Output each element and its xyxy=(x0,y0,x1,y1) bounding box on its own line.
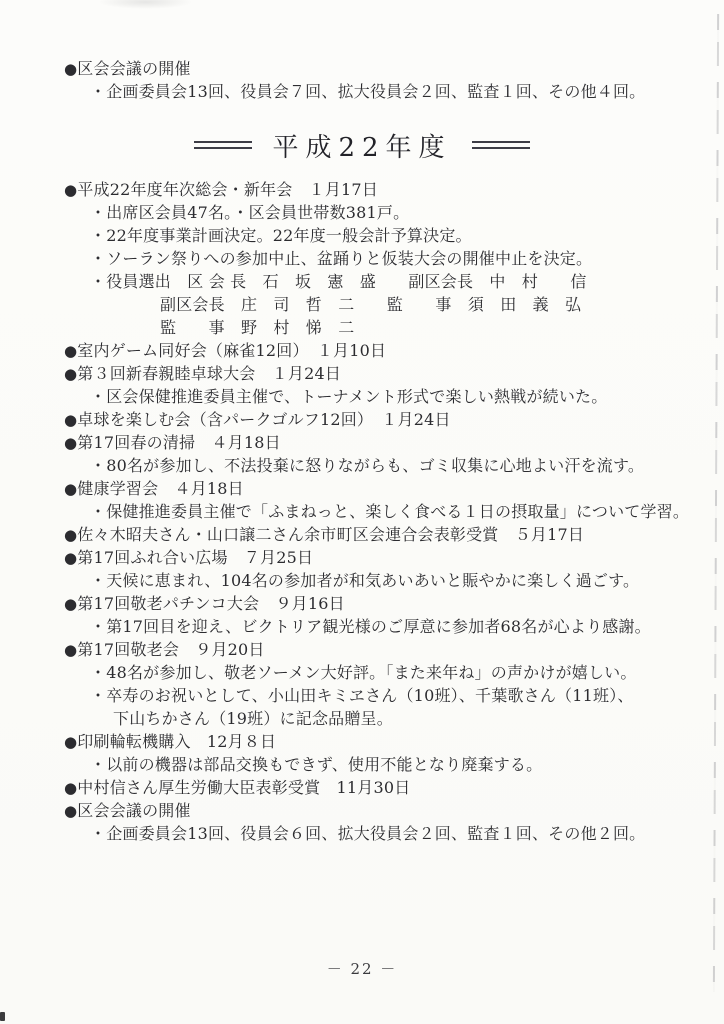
line-text: 第17回敬老パチンコ大会 ９月16日 xyxy=(77,594,345,613)
line-text: 中村信さん厚生労働大臣表彰受賞 11月30日 xyxy=(77,778,410,797)
bullet-icon: ● xyxy=(64,549,77,567)
line-text: 第17回目を迎え、ビクトリア観光様のご厚意に参加者68名が心より感謝。 xyxy=(106,617,651,636)
event-line: ●区会会議の開催 xyxy=(0,57,724,80)
detail-line: ・企画委員会13回、役員会６回、拡大役員会２回、監査１回、その他２回。 xyxy=(0,822,724,845)
line-text: 区会保健推進委員主催で、トーナメント形式で楽しい熱戦が続いた。 xyxy=(106,387,607,406)
detail-line: ・22年度事業計画決定。22年度一般会計予算決定。 xyxy=(0,224,724,247)
line-text: 企画委員会13回、役員会６回、拡大役員会２回、監査１回、その他２回。 xyxy=(106,824,645,843)
previous-year-tail-section: ●区会会議の開催・企画委員会13回、役員会７回、拡大役員会２回、監査１回、その他… xyxy=(0,57,724,103)
dot-icon: ・ xyxy=(90,617,106,636)
line-text: 室内ゲーム同好会（麻雀12回） １月10日 xyxy=(77,341,386,360)
event-line: ●平成22年度年次総会・新年会 １月17日 xyxy=(0,178,724,201)
line-text: 企画委員会13回、役員会７回、拡大役員会２回、監査１回、その他４回。 xyxy=(106,82,645,101)
dot-icon: ・ xyxy=(90,387,106,406)
year-title: 平成22年度 xyxy=(0,127,724,163)
detail-line: ・48名が参加し、敬老ソーメン大好評。「また来年ね」の声かけが嬉しい。 xyxy=(0,661,724,684)
bullet-icon: ● xyxy=(64,641,77,659)
detail-line: ・出席区会員47名。・区会員世帯数381戸。 xyxy=(0,201,724,224)
double-rule-left-icon xyxy=(194,141,252,149)
bullet-icon: ● xyxy=(64,60,77,78)
event-line: ●第17回敬老パチンコ大会 ９月16日 xyxy=(0,592,724,615)
bullet-icon: ● xyxy=(64,365,77,383)
line-text: 佐々木昭夫さん・山口譲二さん余市町区会連合会表彰受賞 ５月17日 xyxy=(77,525,584,544)
year-title-text: 平成22年度 xyxy=(272,127,451,164)
bullet-icon: ● xyxy=(64,779,77,797)
event-line: ●第17回春の清掃 ４月18日 xyxy=(0,431,724,454)
line-text: 区会会議の開催 xyxy=(77,59,190,78)
line-text: 保健推進委員主催で「ふまねっと、楽しく食べる１日の摂取量」について学習。 xyxy=(106,502,689,521)
line-text: 卓球を楽しむ会（含パークゴルフ12回） １月24日 xyxy=(77,410,450,429)
page-content: ●区会会議の開催・企画委員会13回、役員会７回、拡大役員会２回、監査１回、その他… xyxy=(0,0,724,845)
line-text: 副区会長 庄 司 哲 二 監 事 須 田 義 弘 xyxy=(160,295,581,314)
bullet-icon: ● xyxy=(64,526,77,544)
line-text: 区会会議の開催 xyxy=(77,801,190,820)
detail-line: ・第17回目を迎え、ビクトリア観光様のご厚意に参加者68名が心より感謝。 xyxy=(0,615,724,638)
line-text: 天候に恵まれ、104名の参加者が和気あいあいと賑やかに楽しく過ごす。 xyxy=(106,571,639,590)
bullet-icon: ● xyxy=(64,181,77,199)
line-text: 出席区会員47名。・区会員世帯数381戸。 xyxy=(106,203,409,222)
dot-icon: ・ xyxy=(90,272,106,291)
line-text: 22年度事業計画決定。22年度一般会計予算決定。 xyxy=(106,226,472,245)
bullet-icon: ● xyxy=(64,342,77,360)
detail-line: ・80名が参加し、不法投棄に怒りながらも、ゴミ収集に心地よい汗を流す。 xyxy=(0,454,724,477)
line-text: 監 事 野 村 悌 二 xyxy=(160,318,354,337)
bullet-icon: ● xyxy=(64,480,77,498)
dot-icon: ・ xyxy=(90,456,106,475)
scan-speck xyxy=(0,1012,5,1021)
detail-line: ・天候に恵まれ、104名の参加者が和気あいあいと賑やかに楽しく過ごす。 xyxy=(0,569,724,592)
event-line: ●室内ゲーム同好会（麻雀12回） １月10日 xyxy=(0,339,724,362)
event-line: ●第３回新春親睦卓球大会 １月24日 xyxy=(0,362,724,385)
line-text: 下山ちかさん（19班）に記念品贈呈。 xyxy=(113,709,393,728)
line-text: 第17回敬老会 ９月20日 xyxy=(77,640,264,659)
detail-line: ・保健推進委員主催で「ふまねっと、楽しく食べる１日の摂取量」について学習。 xyxy=(0,500,724,523)
bullet-icon: ● xyxy=(64,411,77,429)
bullet-icon: ● xyxy=(64,733,77,751)
event-line: ●第17回敬老会 ９月20日 xyxy=(0,638,724,661)
line-text: 卒寿のお祝いとして、小山田キミヱさん（10班）、千葉歌さん（11班）、 xyxy=(106,686,633,705)
detail-line: ・卒寿のお祝いとして、小山田キミヱさん（10班）、千葉歌さん（11班）、 xyxy=(0,684,724,707)
double-rule-right-icon xyxy=(472,141,530,149)
bullet-icon: ● xyxy=(64,595,77,613)
scan-smudge xyxy=(98,0,193,9)
bullet-icon: ● xyxy=(64,434,77,452)
detail-line: ・以前の機器は部品交換もできず、使用不能となり廃棄する。 xyxy=(0,753,724,776)
dot-icon: ・ xyxy=(90,663,106,682)
detail-line: ・企画委員会13回、役員会７回、拡大役員会２回、監査１回、その他４回。 xyxy=(0,80,724,103)
line-text: 80名が参加し、不法投棄に怒りながらも、ゴミ収集に心地よい汗を流す。 xyxy=(106,456,644,475)
dot-icon: ・ xyxy=(90,249,106,268)
event-line: ●佐々木昭夫さん・山口譲二さん余市町区会連合会表彰受賞 ５月17日 xyxy=(0,523,724,546)
line-text: ソーラン祭りへの参加中止、盆踊りと仮装大会の開催中止を決定。 xyxy=(106,249,592,268)
events-section: ●平成22年度年次総会・新年会 １月17日・出席区会員47名。・区会員世帯数38… xyxy=(0,178,724,845)
dot-icon: ・ xyxy=(90,82,106,101)
detail-line: ・区会保健推進委員主催で、トーナメント形式で楽しい熱戦が続いた。 xyxy=(0,385,724,408)
bullet-icon: ● xyxy=(64,802,77,820)
dot-icon: ・ xyxy=(90,755,106,774)
line-text: 48名が参加し、敬老ソーメン大好評。「また来年ね」の声かけが嬉しい。 xyxy=(106,663,636,682)
dot-icon: ・ xyxy=(90,203,106,222)
event-line: ●第17回ふれ合い広場 ７月25日 xyxy=(0,546,724,569)
event-line: ●卓球を楽しむ会（含パークゴルフ12回） １月24日 xyxy=(0,408,724,431)
line-text: 第17回ふれ合い広場 ７月25日 xyxy=(77,548,313,567)
event-line: ●区会会議の開催 xyxy=(0,799,724,822)
line-text: 第17回春の清掃 ４月18日 xyxy=(77,433,281,452)
line-text: 役員選出 区 会 長 石 坂 憲 盛 副区会長 中 村 信 xyxy=(106,272,586,291)
page-number: － 22 － xyxy=(0,958,724,979)
line-text: 以前の機器は部品交換もできず、使用不能となり廃棄する。 xyxy=(106,755,542,774)
detail-line: ・ソーラン祭りへの参加中止、盆踊りと仮装大会の開催中止を決定。 xyxy=(0,247,724,270)
event-line: ●中村信さん厚生労働大臣表彰受賞 11月30日 xyxy=(0,776,724,799)
document-page: ●区会会議の開催・企画委員会13回、役員会７回、拡大役員会２回、監査１回、その他… xyxy=(0,0,724,1024)
dot-icon: ・ xyxy=(90,226,106,245)
event-line: ●健康学習会 ４月18日 xyxy=(0,477,724,500)
dot-icon: ・ xyxy=(90,502,106,521)
dot-icon: ・ xyxy=(90,824,106,843)
line-text: 平成22年度年次総会・新年会 １月17日 xyxy=(77,180,378,199)
line-text: 第３回新春親睦卓球大会 １月24日 xyxy=(77,364,341,383)
detail-line: 副区会長 庄 司 哲 二 監 事 須 田 義 弘 xyxy=(0,293,724,316)
line-text: 印刷輪転機購入 12月８日 xyxy=(77,732,276,751)
detail-line: ・役員選出 区 会 長 石 坂 憲 盛 副区会長 中 村 信 xyxy=(0,270,724,293)
dot-icon: ・ xyxy=(90,686,106,705)
line-text: 健康学習会 ４月18日 xyxy=(77,479,244,498)
detail-line: 下山ちかさん（19班）に記念品贈呈。 xyxy=(0,707,724,730)
detail-line: 監 事 野 村 悌 二 xyxy=(0,316,724,339)
dot-icon: ・ xyxy=(90,571,106,590)
event-line: ●印刷輪転機購入 12月８日 xyxy=(0,730,724,753)
